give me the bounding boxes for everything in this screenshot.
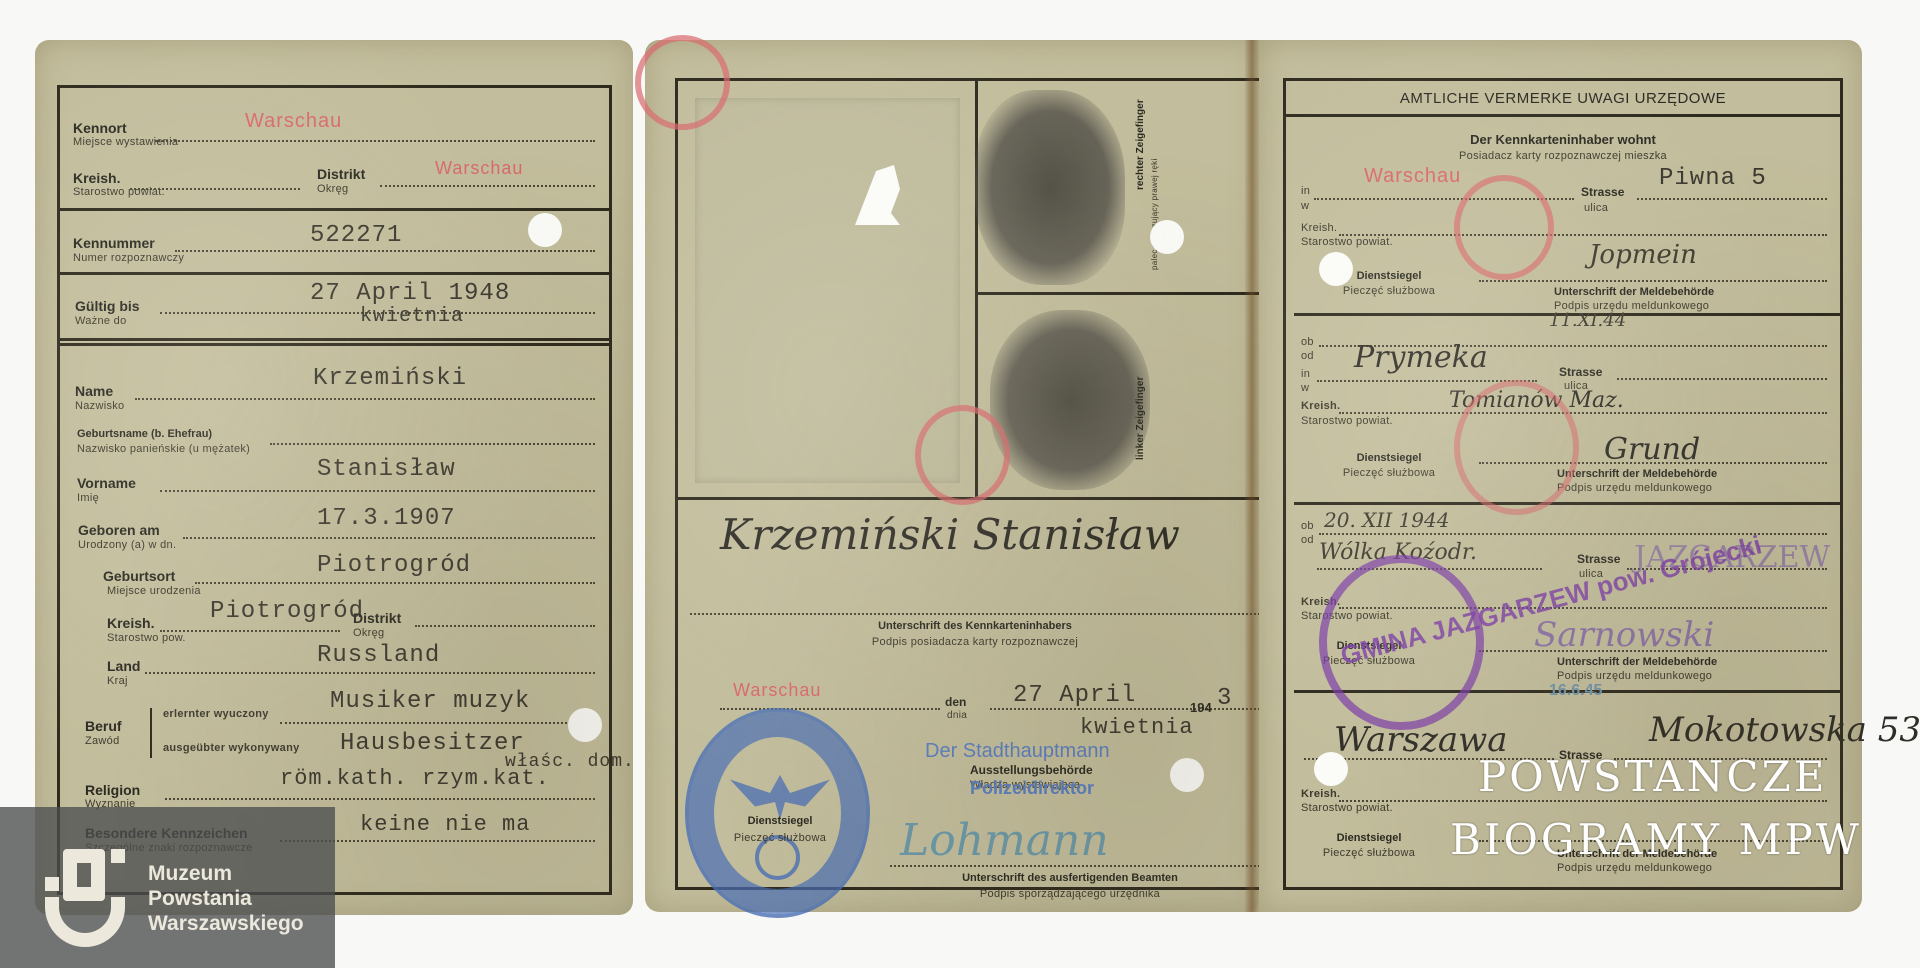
powiat-label: Starostwo powiat. [1301,415,1393,427]
seal-sublabel: Pieczęć służbowa [1319,285,1459,297]
fingerprint-right-label-pl: palec wskazujący prawej ręki [1150,158,1159,270]
dnia-label: dnia [947,710,967,721]
w-label: w [1301,382,1309,394]
powiat-label: Starostwo powiat. [1301,802,1393,814]
divider [57,338,612,341]
ob-label: ob [1301,520,1314,532]
in-label: in [1301,368,1310,380]
entry3-signature: Sarnowski [1534,615,1714,655]
strasse-label: Strasse [1581,185,1624,199]
punch-hole [1314,752,1348,786]
birth-kreish-label: Kreish. [107,615,154,631]
dotted-line [130,188,300,190]
logo-text-line2: Powstania [148,887,252,911]
birth-place-sublabel: Miejsce urodzenia [107,585,201,597]
surname-sublabel: Nazwisko [75,400,124,412]
dotted-line [155,140,595,142]
od-label: od [1301,350,1314,362]
birth-kreish-value: Piotrogród [210,598,364,625]
punch-hole [1319,252,1353,286]
entry1-signature: Jopmein [1589,240,1697,270]
surname-label: Name [75,383,113,399]
profession-label: Beruf [85,718,122,734]
dotted-line [175,250,595,252]
profession-practiced-value: Hausbesitzer [340,730,525,757]
dotted-line [380,185,595,187]
entry3-stamp-date: 16.6.45 [1549,682,1602,700]
divider [57,272,612,275]
dotted-line [890,865,1260,867]
dotted-line [1339,234,1827,236]
issue-date: 27 April [1013,682,1136,709]
first-name-value: Stanisław [317,456,456,483]
country-sublabel: Kraj [107,675,128,687]
divider [975,292,1260,295]
dotted-line [160,490,595,492]
birth-distrikt-label: Distrikt [353,610,401,626]
sign-label: Unterschrift der Meldebehörde [1557,656,1717,668]
red-stamp [1454,175,1554,280]
brace [150,708,152,758]
issue-place-value: Warschau [245,110,342,133]
dotted-line [270,443,595,445]
fingerprint-left-label: linker Zeigefinger [1135,377,1146,460]
kreish-label: Kreish. [73,170,120,186]
w-label: w [1301,200,1309,212]
valid-until-value-pl: kwietnia [360,305,464,328]
punch-hole [568,708,602,742]
seal-label: Dienstsiegel [1299,832,1439,844]
sign-sublabel: Podpis urzędu meldunkowego [1557,670,1712,682]
birth-distrikt-sublabel: Okręg [353,627,384,639]
den-label: den [945,695,966,709]
authority-stamp: Der Stadthauptmann [925,740,1110,763]
official-signature: Lohmann [900,815,1109,866]
fold-crease [1245,40,1259,912]
religion-value: röm.kath. rzym.kat. [280,766,550,791]
red-stamp [915,405,1010,505]
dotted-line [165,798,595,800]
distrikt-label: Distrikt [317,166,365,182]
ob-label: ob [1301,336,1314,348]
red-stamp [635,35,730,130]
dotted-line [183,537,595,539]
profession-learned-label: erlernter wyuczony [163,708,269,720]
kreish-label: Kreish. [1301,222,1337,234]
valid-until-sublabel: Ważne do [75,315,127,327]
strasse-label: Strasse [1559,365,1602,379]
entry1-street: Piwna 5 [1659,165,1767,192]
card-number-value: 522271 [310,222,402,249]
authority-stamp-2: Polizeidirektor [970,778,1094,799]
first-name-sublabel: Imię [77,492,99,504]
red-stamp [1454,380,1579,515]
punch-hole [528,213,562,247]
entry4-street: Mokotowska 53. [1649,710,1920,750]
divider [57,208,612,211]
issue-place-sublabel: Miejsce wystawienia [73,136,178,148]
birth-date-label: Geboren am [78,522,160,538]
birth-date-value: 17.3.1907 [317,505,456,532]
dotted-line [135,398,595,400]
profession-practiced-label: ausgeübter wykonywany [163,742,300,754]
sign-label: Unterschrift der Meldebehörde [1557,468,1717,480]
birth-date-sublabel: Urodzony (a) w dn. [78,539,176,551]
entry3-date: 20. XII 1944 [1324,508,1449,532]
powiat-label: Starostwo powiat. [1301,236,1393,248]
dotted-line [415,625,595,627]
od-label: od [1301,534,1314,546]
issue-year-prefix: 194 [1190,700,1212,715]
holder-signature-sublabel: Podpis posiadacza karty rozpoznawczej [795,636,1155,648]
valid-until-value: 27 April 1948 [310,280,510,307]
birth-name-sublabel: Nazwisko panieńskie (u mężatek) [77,443,250,455]
holder-signature: Krzemiński Stanisław [720,510,1180,559]
religion-label: Religion [85,782,140,798]
logo-text-line1: Muzeum [148,862,232,886]
birth-kreish-sublabel: Starostwo pow. [107,632,186,644]
issue-city: Warschau [733,680,821,701]
official-signature-label: Unterschrift des ausfertigenden Beamten [885,872,1255,884]
logo-text-line3: Warszawskiego [148,912,304,936]
dotted-line [145,672,595,674]
birth-place-label: Geburtsort [103,568,175,584]
card-number-sublabel: Numer rozpoznawczy [73,252,184,264]
seal-sublabel: Pieczęć służbowa [1319,467,1459,479]
divider [1283,114,1843,117]
punch-hole [1170,758,1204,792]
dotted-line [160,630,340,632]
watermark-line1: POWSTANCZE [1478,752,1827,801]
country-value: Russland [317,642,440,669]
in-label: in [1301,185,1310,197]
kreish-label: Kreish. [1301,400,1340,412]
residence-title: Der Kennkarteninhaber wohnt [1283,132,1843,147]
fingerprint-right-label: rechter Zeigefinger [1135,99,1146,190]
middle-page: rechter Zeigefinger palec wskazujący pra… [645,40,1260,912]
issue-place-label: Kennort [73,120,127,136]
holder-signature-label: Unterschrift des Kennkarteninhabers [795,620,1155,632]
divider [1294,502,1843,505]
surname-value: Krzemiński [313,365,467,392]
left-page: Kennort Miejsce wystawienia Warschau Kre… [35,40,633,915]
birth-place-value: Piotrogród [317,552,471,579]
residence-subtitle: Posiadacz karty rozpoznawczej mieszka [1283,150,1843,162]
official-seal [685,708,870,918]
entry1-date: 11.XI.44 [1549,310,1626,331]
dotted-line [720,708,940,710]
fingerprint-right [975,90,1125,285]
issue-month-pl: kwietnia [1080,715,1194,740]
seal-label: Dienstsiegel [1319,452,1459,464]
dotted-line [1617,378,1827,380]
anchor-icon [45,847,125,947]
birth-name-label: Geburtsname (b. Ehefrau) [77,428,212,440]
dotted-line [1479,280,1827,282]
punch-hole [1150,220,1184,254]
dotted-line [1637,198,1827,200]
special-marks-value: keine nie ma [360,812,530,837]
fingerprint-left [990,310,1150,490]
valid-until-label: Gültig bis [75,298,140,314]
museum-logo[interactable]: Muzeum Powstania Warszawskiego [0,807,335,968]
strasse-label: Strasse [1577,552,1620,566]
sign-sublabel: Podpis urzędu meldunkowego [1557,482,1712,494]
kreish-label: Kreish. [1301,788,1340,800]
notes-header: AMTLICHE VERMERKE UWAGI URZĘDOWE [1283,90,1843,107]
profession-sublabel: Zawód [85,735,120,747]
watermark-line2: BIOGRAMY MPW [1450,815,1862,864]
entry2-city: Prymeka [1354,340,1488,375]
entry2-signature: Grund [1604,432,1700,467]
profession-learned-value: Musiker muzyk [330,688,530,715]
divider [57,343,612,346]
issue-year-suffix: 3 [1217,685,1232,712]
sign-label: Unterschrift der Meldebehörde [1554,286,1714,298]
seal-sublabel: Pieczęć służbowa [1299,847,1439,859]
seal-label: Dienstsiegel [705,815,855,827]
first-name-label: Vorname [77,475,136,491]
seal-sublabel: Pieczęć służbowa [705,832,855,844]
card-number-label: Kennummer [73,235,155,251]
ulica-label: ulica [1584,202,1608,214]
dotted-line [195,582,595,584]
photo-area [695,98,960,483]
dotted-line [280,722,595,724]
country-label: Land [107,658,140,674]
authority-label: Ausstellungsbehörde [970,763,1093,777]
distrikt-sublabel: Okręg [317,183,348,195]
distrikt-value: Warschau [435,158,523,179]
entry1-city: Warschau [1364,165,1461,188]
dotted-line [690,613,1260,615]
official-signature-sublabel: Podpis sporządzającego urzędnika [885,888,1255,900]
